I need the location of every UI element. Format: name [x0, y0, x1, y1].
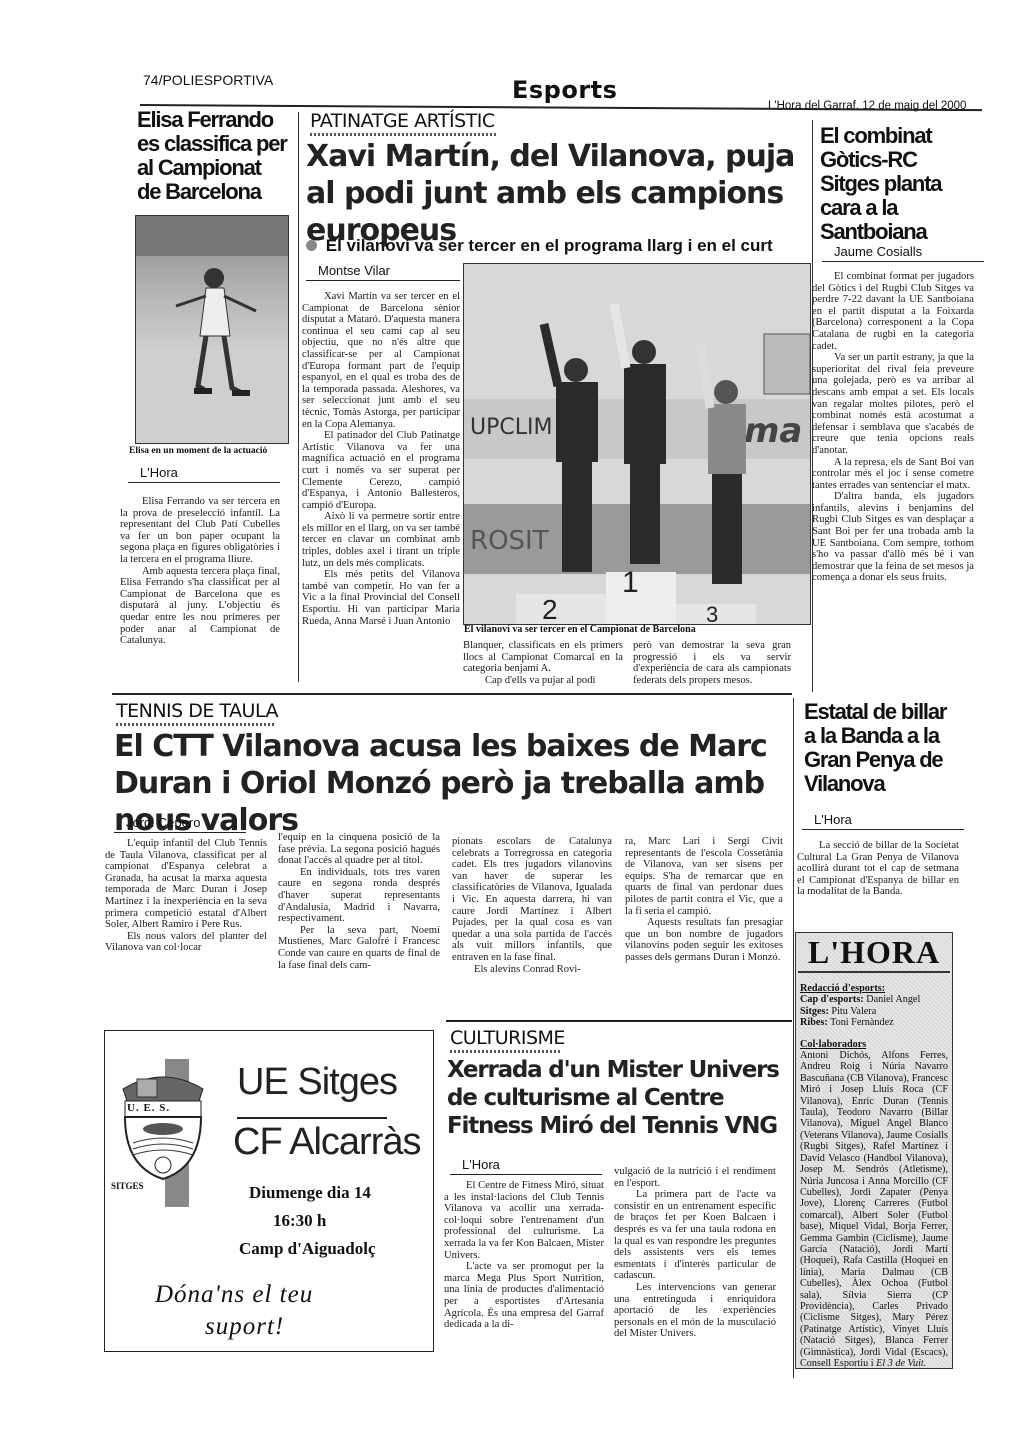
section-title: Esports — [512, 76, 617, 104]
tennis-body-col2: l'equip en la cinquena posició de la fas… — [278, 832, 440, 971]
credits-title: L'HORA — [798, 933, 950, 973]
tennis-paragraph: En individuals, tots tres varen caure en… — [278, 867, 440, 925]
tennis-section-underline — [116, 723, 274, 726]
redaction-heading: Redacció d'esports: — [800, 983, 948, 994]
match-venue: Camp d'Aiguadolç — [239, 1239, 376, 1259]
podium-label-1: 1 — [622, 566, 639, 600]
xavi-body-col2: Blanquer, classificats en els primers ll… — [463, 640, 623, 686]
culturisme-paragraph: vulgació de la nutrició i el rendiment e… — [614, 1166, 776, 1189]
xavi-paragraph: Els més petits del Vilanova també van co… — [302, 569, 460, 627]
collaborators-list: Antoni Dichós, Alfons Ferres, Andreu Roi… — [800, 1050, 948, 1369]
away-team: CF Alcarràs — [233, 1121, 420, 1164]
slogan-line1: Dóna'ns el teu — [155, 1281, 313, 1309]
rugbi-paragraph: El combinat format per jugadors del Gòti… — [812, 271, 974, 352]
tennis-paragraph: pionats escolars de Catalunya celebrats … — [452, 836, 612, 964]
tennis-section-tag: TENNIS DE TAULA — [116, 700, 278, 722]
staff-role: Cap d'esports: — [800, 994, 864, 1005]
rugbi-byline: Jaume Cosialls — [822, 244, 984, 262]
xavi-paragraph: Blanquer, classificats en els primers ll… — [463, 640, 623, 675]
xavi-body-col1: Xavi Martín va ser tercer en el Campiona… — [302, 291, 460, 627]
skater-figure-icon — [136, 216, 288, 443]
tennis-body-col3: pionats escolars de Catalunya celebrats … — [452, 836, 612, 975]
svg-text:UPCLIM: UPCLIM — [470, 415, 552, 440]
culturisme-paragraph: El Centre de Fitness Miró, situat a les … — [444, 1180, 604, 1261]
match-time: 16:30 h — [273, 1211, 326, 1231]
column-divider — [298, 112, 299, 682]
bullet-icon — [306, 240, 317, 251]
elisa-paragraph: Amb aquesta tercera plaça final, Elisa F… — [120, 566, 280, 647]
slogan-line2: suport! — [205, 1313, 284, 1341]
match-date: Diumenge dia 14 — [249, 1183, 371, 1203]
culturisme-section-underline — [450, 1050, 562, 1053]
crest-label: SITGES — [111, 1181, 144, 1191]
culturisme-paragraph: L'acte va ser promogut per la marca Mega… — [444, 1261, 604, 1331]
staff-role: Ribes: — [800, 1017, 828, 1028]
section-rule — [112, 693, 792, 695]
culturisme-byline: L'Hora — [450, 1157, 602, 1175]
tennis-paragraph: Per la seva part, Noemí Mustienes, Marc … — [278, 925, 440, 971]
rugbi-paragraph: Va ser un partit estrany, ja que la supe… — [812, 352, 974, 456]
elisa-body: Elisa Ferrando va ser tercera en la prov… — [120, 496, 280, 647]
culturisme-paragraph: Les intervencions van generar una entret… — [614, 1282, 776, 1340]
credits-box: L'HORA Redacció d'esports: Cap d'esports… — [795, 932, 953, 1369]
staff-name: Daniel Angel — [866, 994, 920, 1005]
xavi-body-col3: però van demostrar la seva gran progress… — [633, 640, 791, 686]
xavi-headline: Xavi Martín, del Vilanova, puja al podi … — [306, 138, 806, 249]
tennis-paragraph: Els alevins Conrad Rovi- — [452, 964, 612, 976]
xavi-subheadline: El vilanoví va ser tercer en el programa… — [306, 236, 773, 256]
staff-role: Sitges: — [800, 1006, 829, 1017]
culturisme-body-col2: vulgació de la nutrició i el rendiment e… — [614, 1166, 776, 1340]
xavi-paragraph: El patinador del Club Patinatge Artístic… — [302, 430, 460, 511]
xavi-byline: Montse Vilar — [306, 263, 460, 281]
culturisme-headline: Xerrada d'un Mister Univers de culturism… — [447, 1056, 787, 1140]
tennis-body-col4: ra, Marc Lari i Sergi Civit representant… — [625, 836, 783, 964]
staff-name: Toni Fernàndez — [830, 1017, 894, 1028]
culturisme-body-col1: El Centre de Fitness Miró, situat a les … — [444, 1180, 604, 1331]
tennis-byline: Jordi Cepero — [114, 815, 246, 833]
xavi-paragraph: Això li va permetre sortir entre els mil… — [302, 511, 460, 569]
tennis-paragraph: ra, Marc Lari i Sergi Civit representant… — [625, 836, 783, 917]
tennis-paragraph: Els nous valors del planter del Vilanova… — [105, 931, 267, 954]
xavi-paragraph: Xavi Martín va ser tercer en el Campiona… — [302, 291, 460, 430]
rugbi-headline: El combinat Gòtics-RC Sitges planta cara… — [820, 124, 970, 244]
elisa-headline: Elisa Ferrando es classifica per al Camp… — [137, 108, 287, 204]
tennis-paragraph: Aquests resultats fan presagiar que un b… — [625, 917, 783, 963]
svg-text:ROSIT: ROSIT — [470, 526, 549, 556]
staff-name: Pitu Valera — [831, 1006, 876, 1017]
staff-item: Sitges: Pitu Valera — [800, 1006, 948, 1017]
rugbi-paragraph: A la represa, els de Sant Boi van contro… — [812, 457, 974, 492]
xavi-section-tag: PATINATGE ARTÍSTIC — [310, 110, 495, 132]
collaborators-tail: El 3 de Vuit. — [876, 1358, 926, 1369]
ues-crest-icon — [115, 1071, 211, 1191]
staff-item: Ribes: Toni Fernàndez — [800, 1017, 948, 1028]
billar-paragraph: La secció de billar de la Societat Cultu… — [797, 840, 959, 898]
rugbi-body: El combinat format per jugadors del Gòti… — [812, 271, 974, 584]
xavi-section-underline — [310, 133, 496, 136]
rugbi-paragraph: D'altra banda, els jugadors infantils, a… — [812, 491, 974, 584]
page-section-label: 74/POLIESPORTIVA — [143, 72, 273, 88]
match-ad: U. E. S. SITGES UE Sitges CF Alcarràs Di… — [104, 1030, 434, 1352]
home-team: UE Sitges — [237, 1061, 397, 1104]
podium-label-2: 2 — [542, 594, 558, 625]
billar-byline: L'Hora — [802, 812, 964, 830]
elisa-byline: L'Hora — [128, 465, 280, 483]
svg-text:ma: ma — [744, 411, 802, 451]
xavi-paragraph: però van demostrar la seva gran progress… — [633, 640, 791, 686]
elisa-paragraph: Elisa Ferrando va ser tercera en la prov… — [120, 496, 280, 566]
podium-label-3: 3 — [706, 602, 718, 625]
collaborators-text: Antoni Dichós, Alfons Ferres, Andreu Roi… — [800, 1050, 948, 1369]
crest-initials: U. E. S. — [127, 1102, 170, 1114]
tennis-paragraph: L'equip infantil del Club Tennis de Taul… — [105, 838, 267, 931]
billar-headline: Estatal de billar a la Banda a la Gran P… — [804, 700, 954, 796]
credits-content: Redacció d'esports: Cap d'esports: Danie… — [796, 973, 952, 1369]
culturisme-section-tag: CULTURISME — [450, 1027, 565, 1049]
teams-divider — [237, 1117, 387, 1119]
tennis-paragraph: l'equip en la cinquena posició de la fas… — [278, 832, 440, 867]
elisa-photo-caption: Elisa en un moment de la actuació — [129, 446, 289, 456]
elisa-photo — [135, 215, 289, 444]
collaborators-heading: Col·laboradors — [800, 1039, 948, 1050]
tennis-body-col1: L'equip infantil del Club Tennis de Taul… — [105, 838, 267, 954]
staff-item: Cap d'esports: Daniel Angel — [800, 994, 948, 1005]
podium-photo-caption: El vilanoví va ser tercer en el Campiona… — [464, 624, 804, 635]
podium-photo: UPCLIM ma ROSIT 2 1 3 — [463, 263, 811, 625]
column-divider — [793, 698, 794, 1378]
billar-body: La secció de billar de la Societat Cultu… — [797, 840, 959, 898]
culturisme-paragraph: La primera part de l'acte va consistir e… — [614, 1189, 776, 1282]
xavi-subheadline-text: El vilanoví va ser tercer en el programa… — [326, 236, 773, 255]
section-rule — [446, 1020, 792, 1022]
xavi-paragraph: Cap d'ells va pujar al podi — [463, 675, 623, 687]
